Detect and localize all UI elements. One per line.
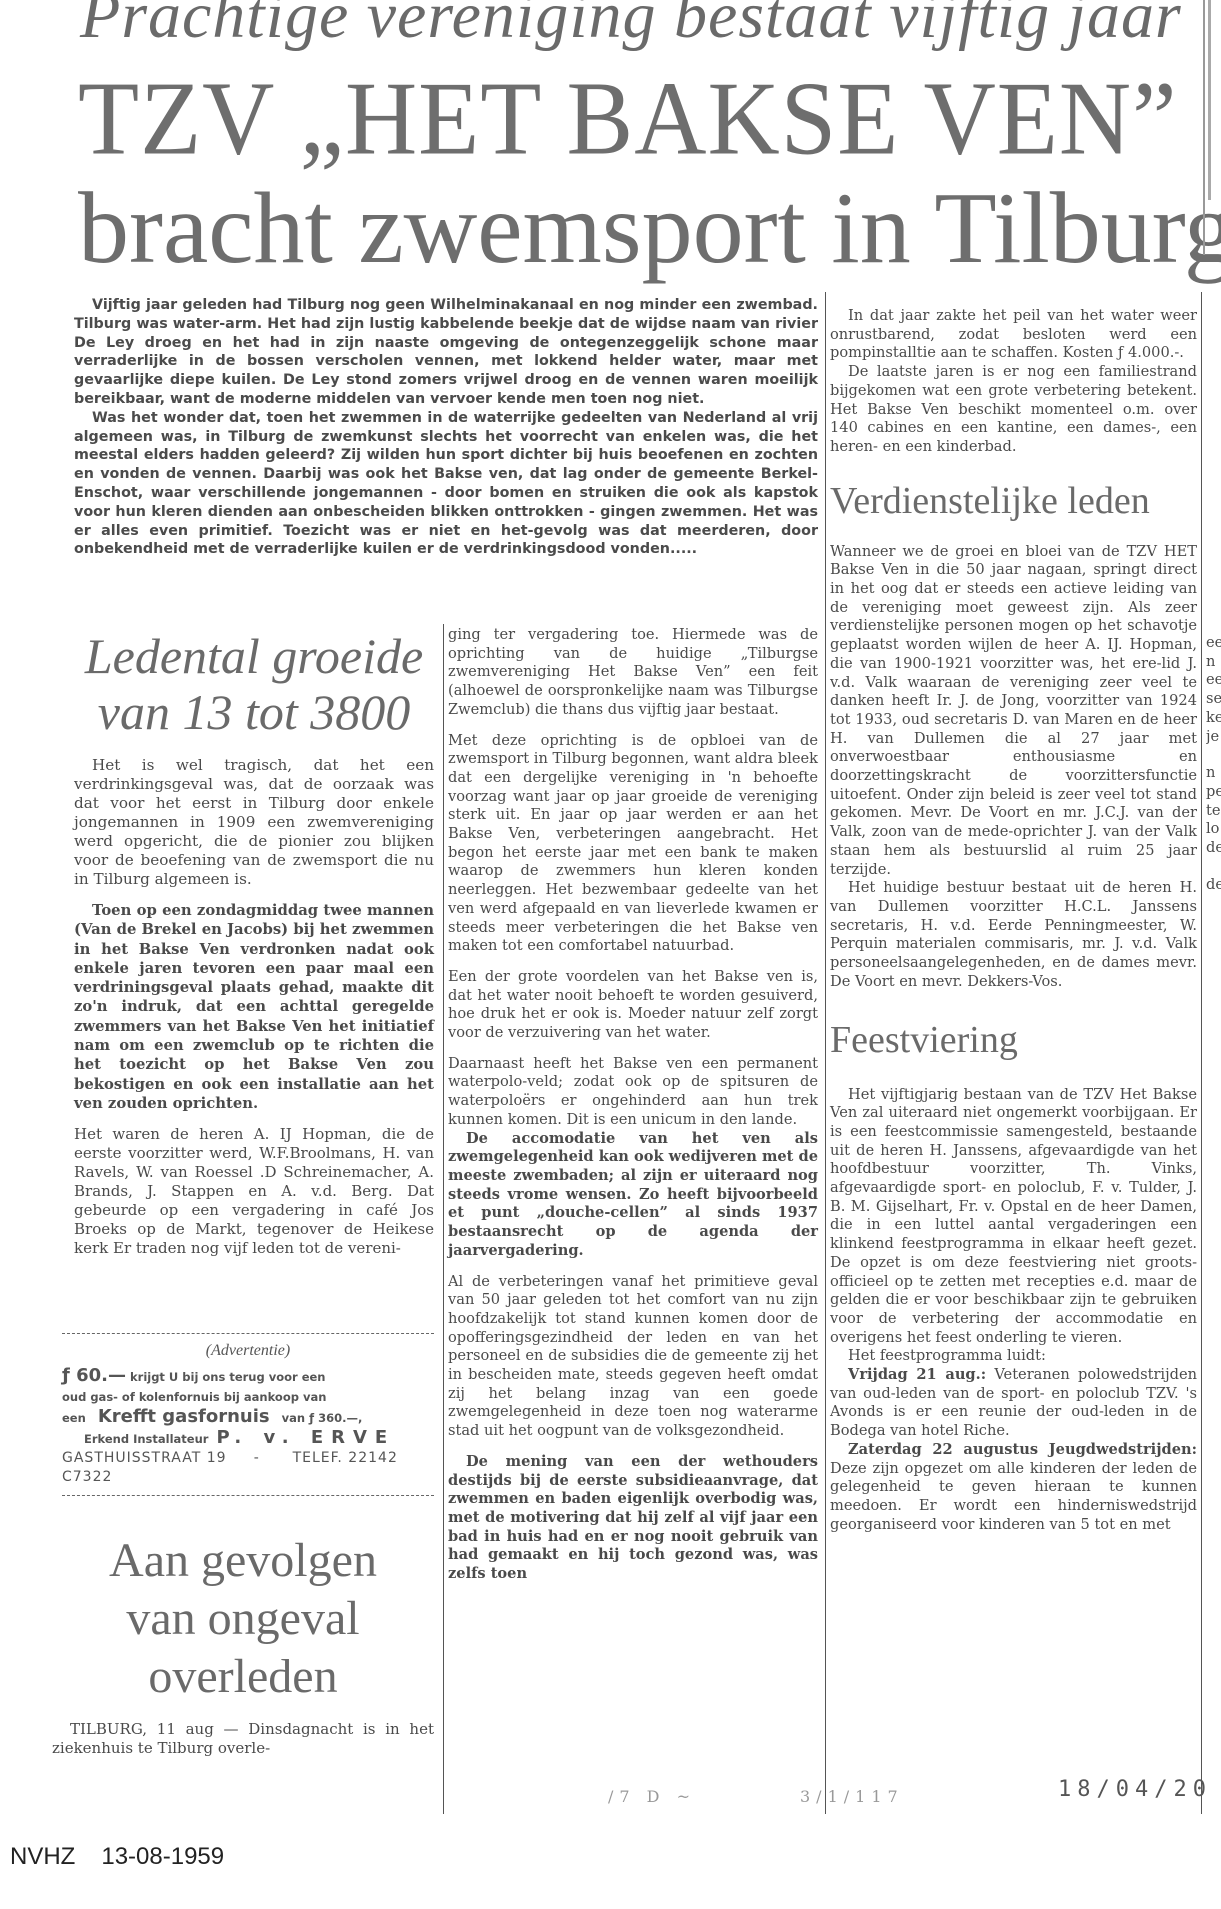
- program-label: Zaterdag 22 augustus Jeugdwedstrijden:: [848, 1441, 1197, 1458]
- cut-off-column: ee n ee se ke je n pe te lo de de: [1206, 634, 1221, 894]
- ad-phone: TELEF. 22142: [293, 1450, 398, 1466]
- article-heading: van ongeval: [52, 1590, 434, 1648]
- program-label: Vrijdag 21 aug.:: [848, 1366, 986, 1383]
- handwritten-note: /7 D ~: [608, 1787, 696, 1806]
- text-fragment: n: [1206, 764, 1221, 783]
- paragraph: Het is wel tragisch, dat het een verdrin…: [74, 756, 434, 889]
- program-item: Vrijdag 21 aug.: Veteranen polowedstrijd…: [830, 1366, 1197, 1441]
- paragraph: Een der grote voordelen van het Bakse ve…: [448, 968, 818, 1043]
- text-fragment: de: [1206, 839, 1221, 858]
- ad-price: van ƒ 360.—,: [282, 1411, 363, 1425]
- spacer: [1206, 858, 1221, 876]
- source-caption: NVHZ13-08-1959: [10, 1843, 224, 1871]
- paragraph: De mening van een der wethouders destijd…: [448, 1453, 818, 1584]
- divider: [62, 1495, 434, 1496]
- text-fragment: ke: [1206, 709, 1221, 728]
- text-fragment: je: [1206, 728, 1221, 747]
- advertisement: (Advertentie) ƒ 60.— krijgt U bij ons te…: [62, 1333, 434, 1496]
- ad-address: GASTHUISSTRAAT 19: [62, 1450, 227, 1466]
- article-heading: overleden: [52, 1648, 434, 1706]
- ad-text: krijgt U bij ons terug voor een: [130, 1370, 325, 1384]
- paragraph: Het waren de heren A. IJ Hopman, die de …: [74, 1125, 434, 1258]
- source-name: NVHZ: [10, 1843, 75, 1870]
- article-heading: Aan gevolgen: [52, 1532, 434, 1590]
- section-heading: Ledental groeide: [74, 628, 434, 684]
- text-fragment: pe: [1206, 783, 1221, 802]
- text-fragment: lo: [1206, 820, 1221, 839]
- article-ongeval: Aan gevolgen van ongeval overleden TILBU…: [52, 1532, 434, 1758]
- paragraph: Met deze oprichting is de opbloei van de…: [448, 732, 818, 956]
- divider: [62, 1333, 434, 1334]
- paragraph: De accomodatie van het ven als zwemgeleg…: [448, 1130, 818, 1261]
- section-heading: van 13 tot 3800: [74, 684, 434, 740]
- text-fragment: se: [1206, 690, 1221, 709]
- paragraph: Het vijftigjarig bestaan van de TZV Het …: [830, 1086, 1197, 1348]
- ad-code: C7322: [62, 1468, 434, 1487]
- column-rule: [1201, 292, 1202, 1814]
- article-headline-line2: bracht zwemsport in Tilburg: [78, 170, 1221, 287]
- section-ledental: Ledental groeide van 13 tot 3800 Het is …: [74, 628, 434, 1258]
- ad-text: een: [62, 1411, 86, 1425]
- paragraph: Wanneer we de groei en bloei van de TZV …: [830, 543, 1197, 880]
- article-headline-line1: TZV „HET BAKSE VEN”: [78, 58, 1177, 179]
- article-kicker: Prachtige vereniging bestaat vijftig jaa…: [80, 0, 1190, 54]
- ad-text: oud gas- of kolenfornuis bij aankoop van: [62, 1387, 434, 1407]
- ad-label: (Advertentie): [62, 1342, 434, 1360]
- ad-company: P. v. ERVE: [216, 1427, 395, 1448]
- date-stamp: 18/04/20: [1058, 1777, 1212, 1802]
- lead-paragraph: Was het wonder dat, toen het zwemmen in …: [74, 409, 818, 559]
- ad-product: Krefft gasfornuis: [98, 1406, 270, 1427]
- paragraph: Daarnaast heeft het Bakse ven een perman…: [448, 1055, 818, 1130]
- handwritten-note: 3/1/117: [800, 1787, 904, 1806]
- middle-column: ging ter vergadering toe. Hiermede was d…: [448, 626, 818, 1584]
- section-heading: Verdienstelijke leden: [830, 479, 1197, 523]
- section-heading: Feestviering: [830, 1018, 1197, 1062]
- paragraph: Toen op een zondagmiddag twee mannen (Va…: [74, 901, 434, 1113]
- text-fragment: ee: [1206, 634, 1221, 653]
- dateline: TILBURG, 11 aug —: [70, 1720, 239, 1738]
- column-rule: [1208, 0, 1211, 200]
- paragraph: ging ter vergadering toe. Hiermede was d…: [448, 626, 818, 720]
- publication-date: 13-08-1959: [101, 1843, 224, 1870]
- ad-text: Erkend Installateur: [84, 1432, 208, 1446]
- text-fragment: ee: [1206, 671, 1221, 690]
- column-rule: [825, 292, 826, 1814]
- paragraph: De laatste jaren is er nog een familiest…: [830, 363, 1197, 457]
- spacer: [1206, 746, 1221, 764]
- right-column: In dat jaar zakte het peil van het water…: [830, 307, 1197, 1534]
- paragraph: In dat jaar zakte het peil van het water…: [830, 307, 1197, 363]
- column-rule: [443, 624, 444, 1814]
- text-fragment: te: [1206, 802, 1221, 821]
- paragraph: Al de verbeteringen vanaf het primitieve…: [448, 1273, 818, 1441]
- text-fragment: n: [1206, 653, 1221, 672]
- program-text: Deze zijn opgezet om alle kinderen der l…: [830, 1460, 1197, 1533]
- paragraph: Het huidige bestuur bestaat uit de heren…: [830, 879, 1197, 991]
- separator: -: [254, 1450, 260, 1466]
- lead-text: Vijftig jaar geleden had Tilburg nog gee…: [74, 296, 818, 559]
- column-rule: [1203, 0, 1205, 255]
- paragraph: Het feestprogramma luidt:: [830, 1347, 1197, 1366]
- ad-price: ƒ 60.—: [62, 1365, 126, 1386]
- text-fragment: de: [1206, 876, 1221, 895]
- lead-paragraph: Vijftig jaar geleden had Tilburg nog gee…: [74, 296, 818, 409]
- program-item: Zaterdag 22 augustus Jeugdwedstrijden: D…: [830, 1441, 1197, 1535]
